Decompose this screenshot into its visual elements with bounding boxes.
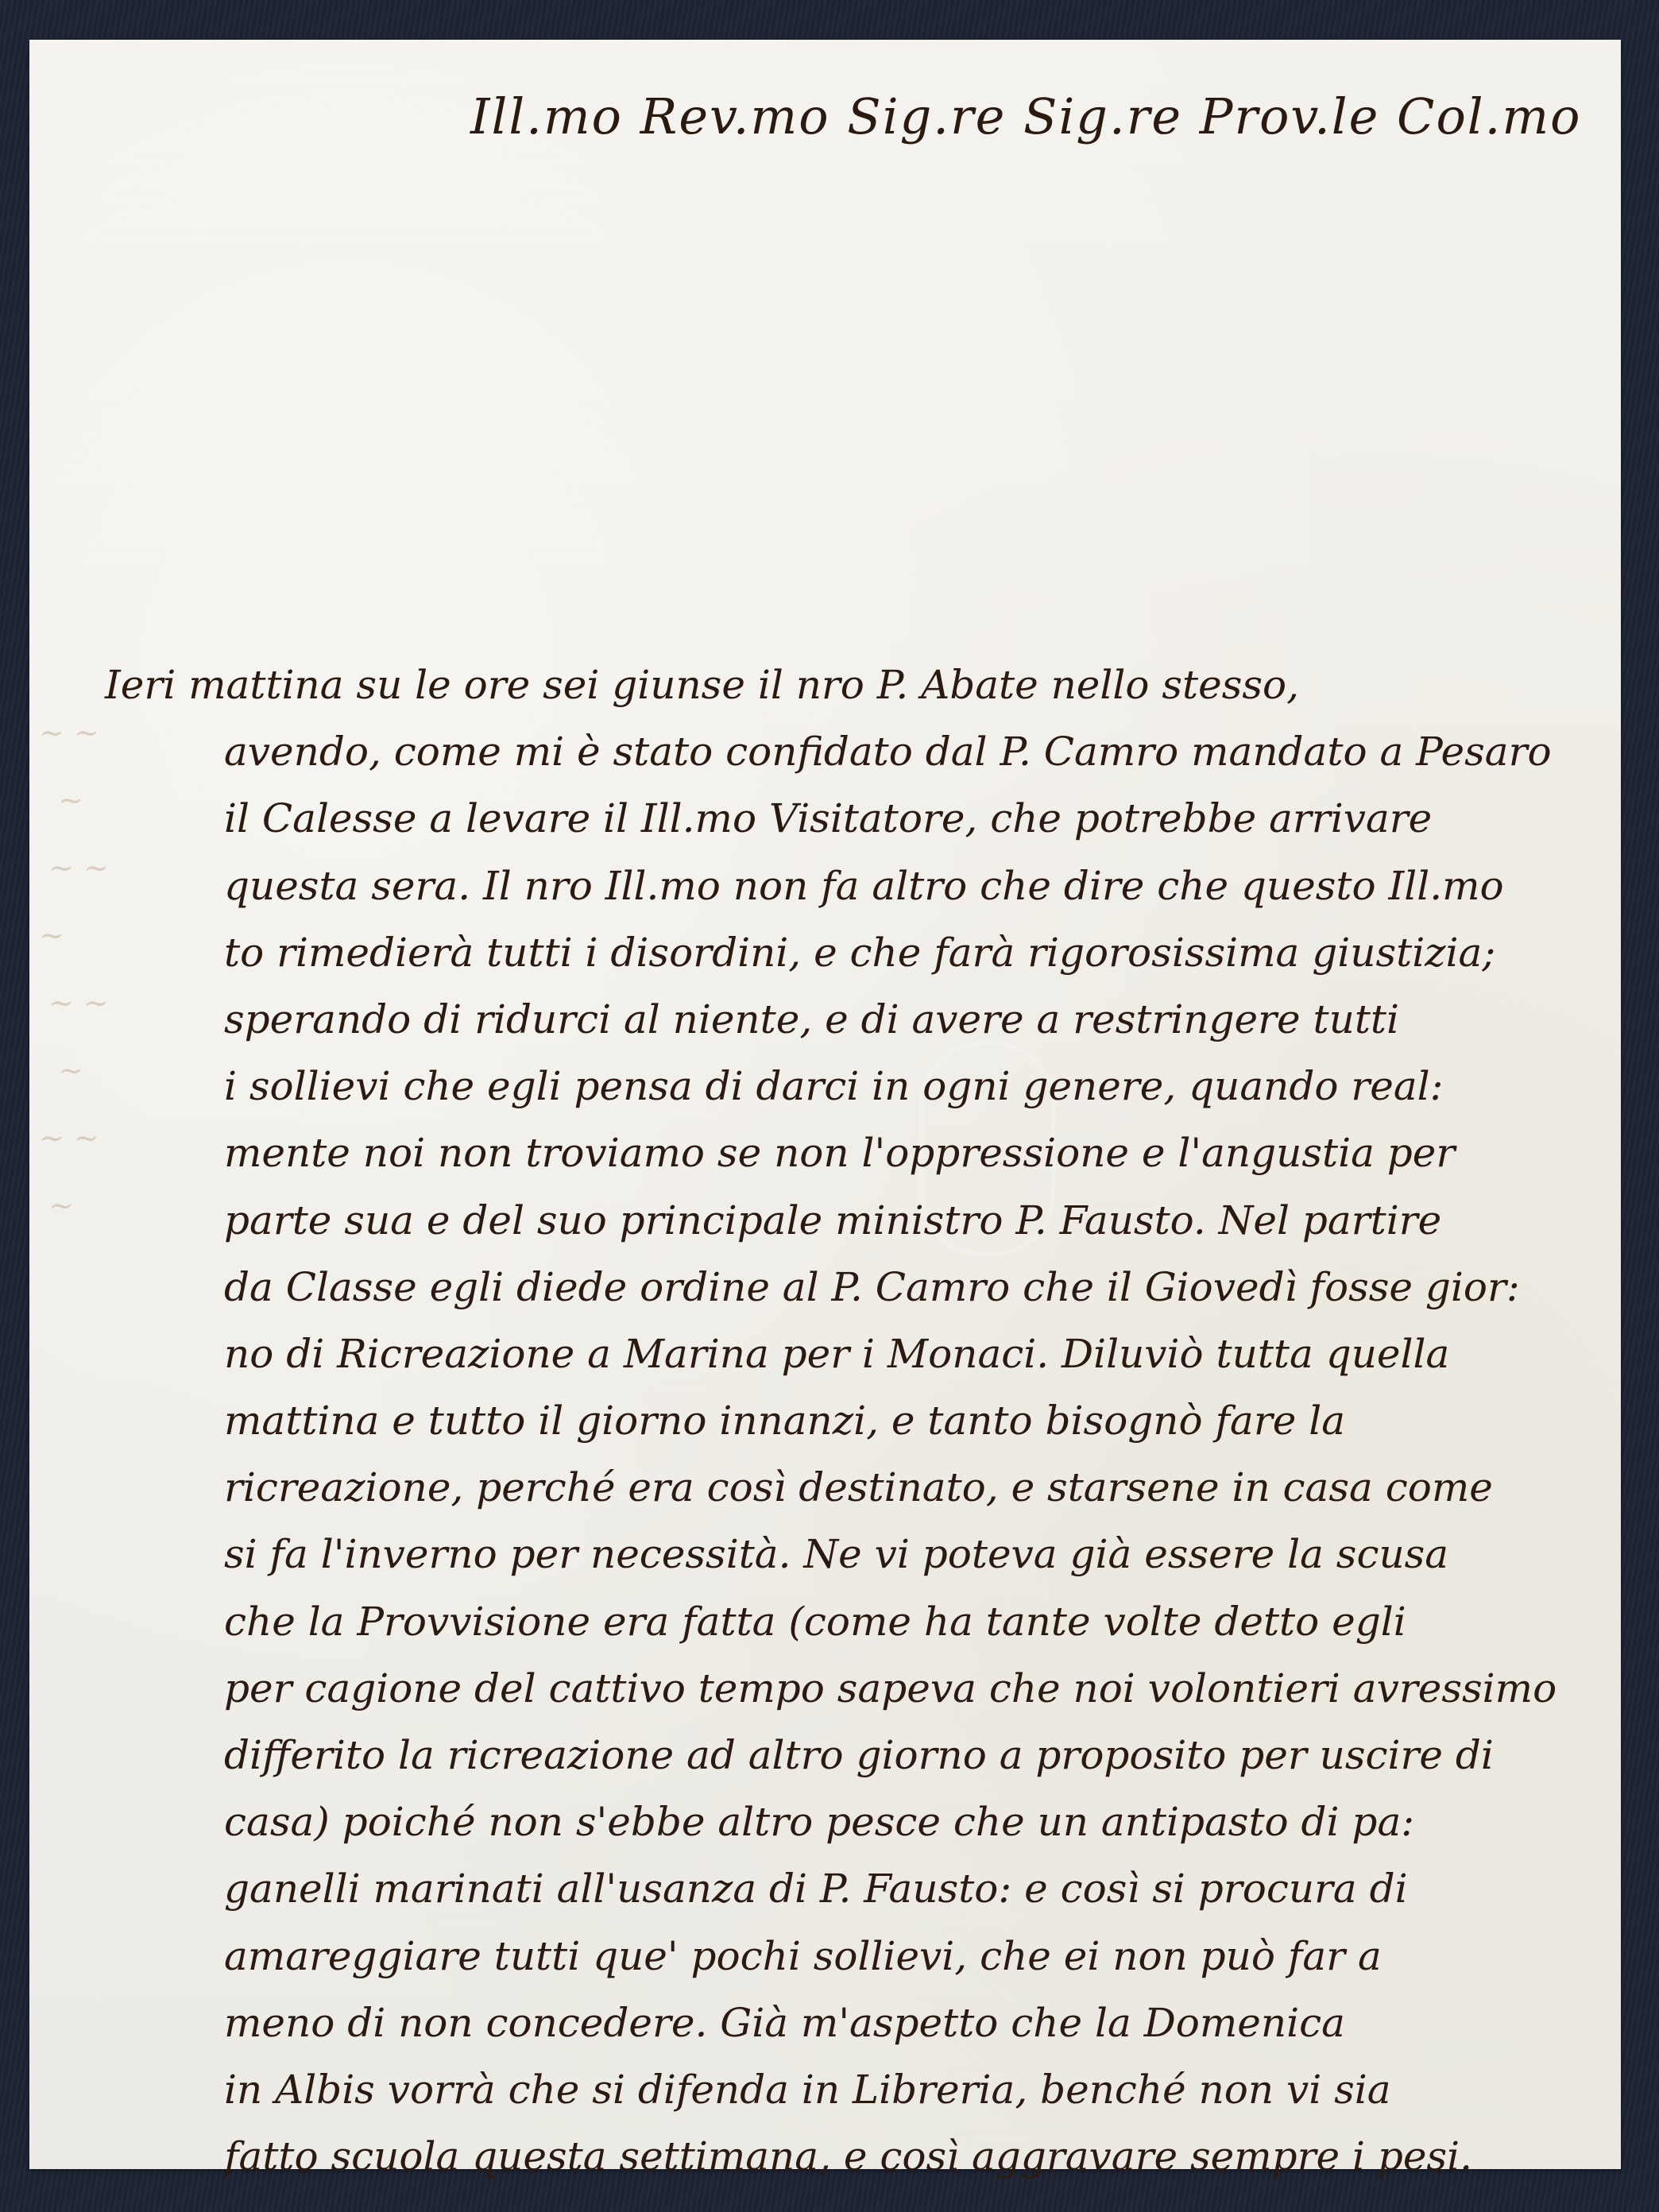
letter-line: sperando di ridurci al niente, e di aver… — [105, 986, 1615, 1053]
letter-line: per cagione del cattivo tempo sapeva che… — [105, 1655, 1615, 1722]
letter-line: parte sua e del suo principale ministro … — [105, 1187, 1615, 1254]
letter-line: no di Ricreazione a Marina per i Monaci.… — [105, 1321, 1615, 1387]
letter-body: Ieri mattina su le ore sei giunse il nro… — [105, 652, 1615, 2190]
letter-line: fatto scuola questa settimana, e così ag… — [105, 2123, 1615, 2190]
letter-line: mente noi non troviamo se non l'oppressi… — [105, 1120, 1615, 1186]
letter-line: mattina e tutto il giorno innanzi, e tan… — [105, 1387, 1615, 1454]
letter-line: amareggiare tutti que' pochi sollievi, c… — [105, 1923, 1615, 1990]
letter-line: i sollievi che egli pensa di darci in og… — [105, 1053, 1615, 1120]
bleed-through-marks-left: ~ ~ ~ ~ ~ ~ ~ ~ ~ ~ ~ ~ — [39, 699, 109, 1239]
letter-line: il Calesse a levare il Ill.mo Visitatore… — [105, 785, 1615, 852]
letter-line: in Albis vorrà che si difenda in Libreri… — [105, 2056, 1615, 2123]
letter-line: si fa l'inverno per necessità. Ne vi pot… — [105, 1521, 1615, 1587]
salutation-heading: Ill.mo Rev.mo Sig.re Sig.re Prov.le Col.… — [470, 87, 1581, 145]
letter-line: questa sera. Il nro Ill.mo non fa altro … — [105, 853, 1615, 919]
letter-line: to rimedierà tutti i disordini, e che fa… — [105, 919, 1615, 986]
letter-line: ganelli marinati all'usanza di P. Fausto… — [105, 1855, 1615, 1922]
letter-line: differito la ricreazione ad altro giorno… — [105, 1722, 1615, 1789]
letter-line: da Classe egli diede ordine al P. Camro … — [105, 1254, 1615, 1321]
letter-line: che la Provvisione era fatta (come ha ta… — [105, 1588, 1615, 1655]
letter-line: meno di non concedere. Già m'aspetto che… — [105, 1990, 1615, 2056]
letter-line: Ieri mattina su le ore sei giunse il nro… — [105, 652, 1615, 718]
letter-line: ricreazione, perché era così destinato, … — [105, 1454, 1615, 1521]
letter-line: casa) poiché non s'ebbe altro pesce che … — [105, 1789, 1615, 1855]
letter-line: avendo, come mi è stato confidato dal P.… — [105, 718, 1615, 785]
manuscript-page: ~ ~ ~ ~ ~ ~ ~ ~ ~ ~ ~ ~ Ill.mo Rev.mo Si… — [29, 40, 1621, 2169]
